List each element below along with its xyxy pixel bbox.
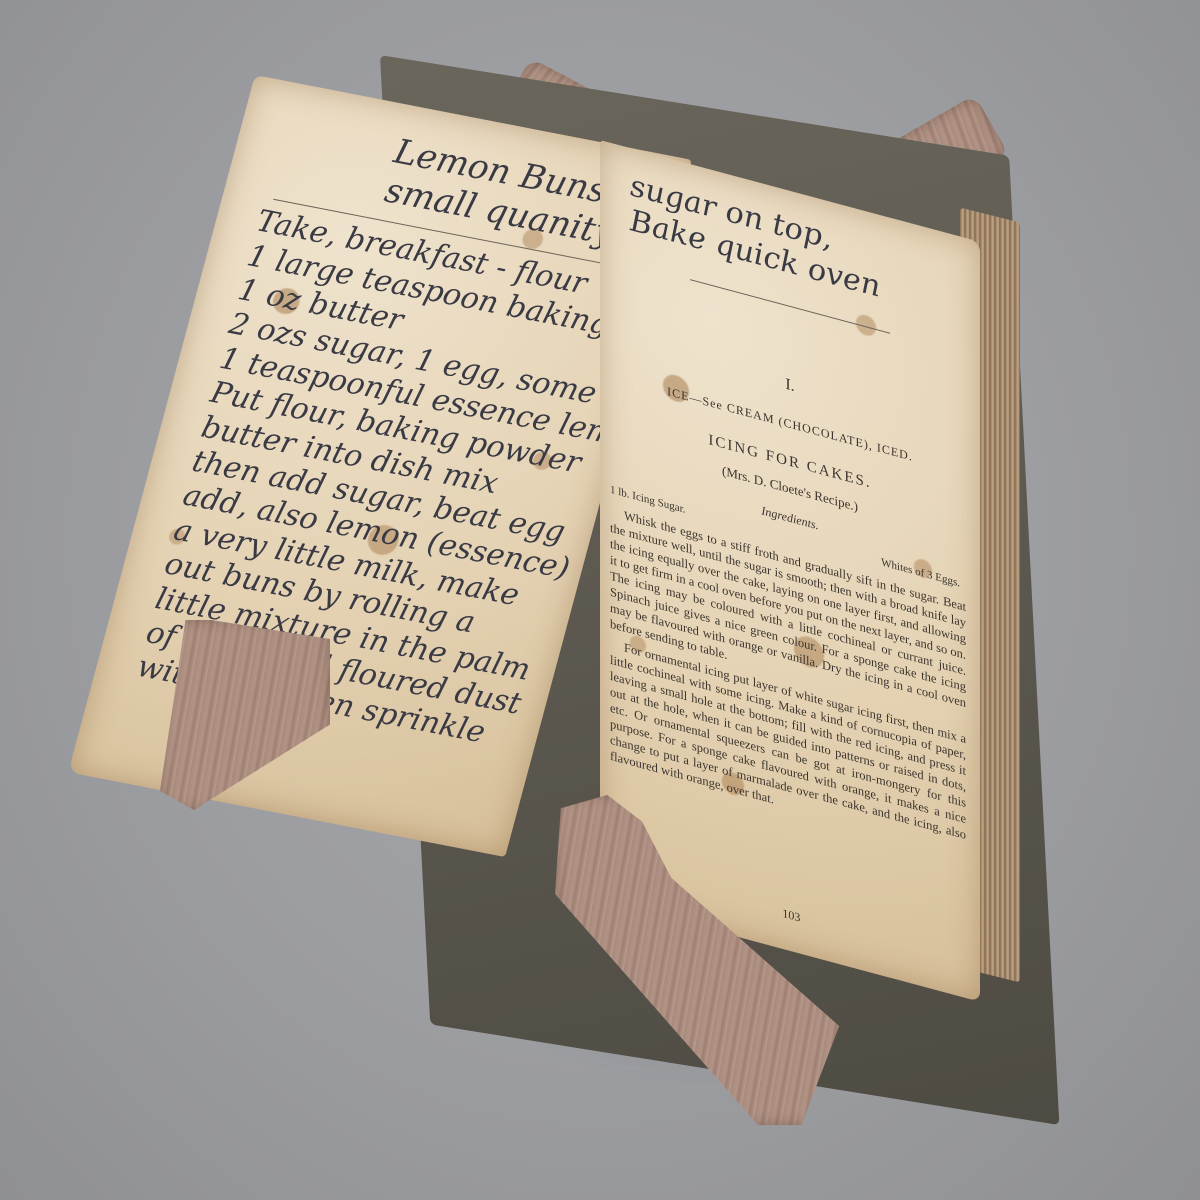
photo-scene: Lemon Buns small quanity Take, breakfast… xyxy=(0,0,1200,1200)
page-number: 103 xyxy=(782,906,800,926)
